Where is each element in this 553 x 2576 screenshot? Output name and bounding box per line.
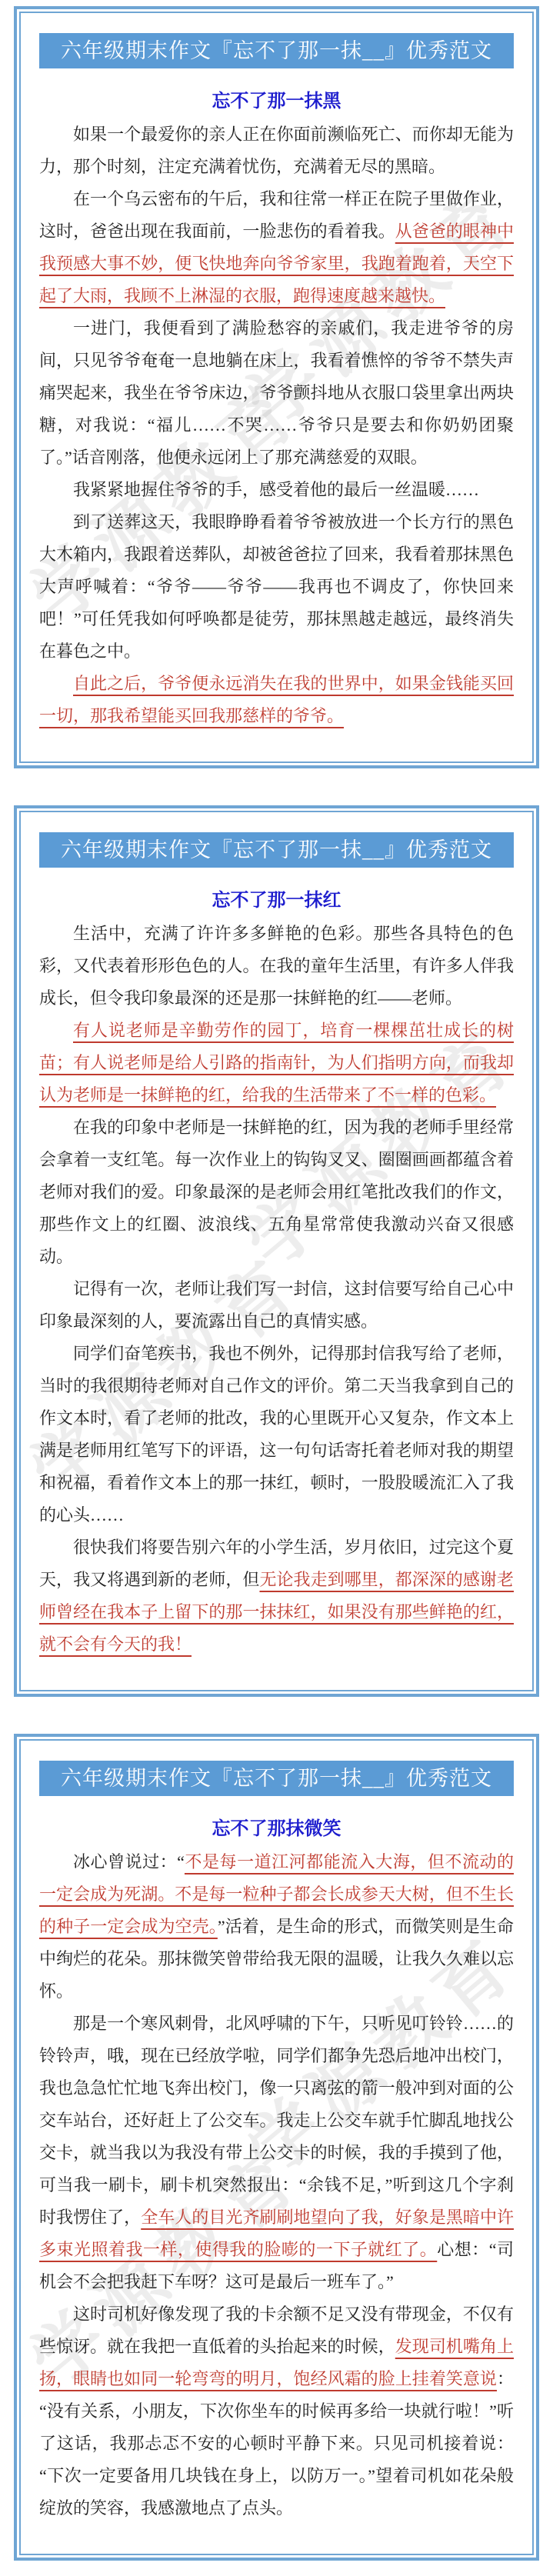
essay-page: 学源教育 学源教育 六年级期末作文『忘不了那一抹__』优秀范文 忘不了那一抹黑 … bbox=[0, 0, 553, 2576]
body-text: 记得有一次，老师让我们写一封信，这封信要写给自己心中印象最深刻的人，要流露出自己… bbox=[39, 1279, 514, 1331]
body-text: 那是一个寒风刺骨，北风呼啸的下午，只听见叮铃铃……的铃铃声，哦，现在已经放学啦，… bbox=[39, 2014, 514, 2227]
essay-paragraph: 很快我们将要告别六年的小学生活，岁月依旧，过完这个夏天，我又将遇到新的老师，但无… bbox=[39, 1531, 514, 1661]
essay-paragraph: 有人说老师是辛勤劳作的园丁，培育一棵棵茁壮成长的树苗；有人说老师是给人引路的指南… bbox=[39, 1015, 514, 1111]
essay-body: 冰心曾说过：“不是每一道江河都能流入大海，但不流动的一定会成为死湖。不是每一粒种… bbox=[39, 1846, 514, 2524]
essay-body: 如果一个最爱你的亲人正在你面前濒临死亡、而你却无能为力，那个时刻，注定充满着忧伤… bbox=[39, 118, 514, 732]
body-text: 在我的印象中老师是一抹鲜艳的红，因为我的老师手里经常会拿着一支红笔。每一次作业上… bbox=[39, 1118, 514, 1266]
body-text: 我紧紧地握住爷爷的手，感受着他的最后一丝温暖…… bbox=[73, 480, 479, 499]
cards: 学源教育 学源教育 六年级期末作文『忘不了那一抹__』优秀范文 忘不了那一抹黑 … bbox=[0, 6, 553, 2561]
card-header: 六年级期末作文『忘不了那一抹__』优秀范文 bbox=[39, 33, 514, 68]
essay-paragraph: 冰心曾说过：“不是每一道江河都能流入大海，但不流动的一定会成为死湖。不是每一粒种… bbox=[39, 1846, 514, 2008]
highlighted-red-text: 有人说老师是辛勤劳作的园丁，培育一棵棵茁壮成长的树苗；有人说老师是给人引路的指南… bbox=[39, 1021, 514, 1105]
essay-paragraph: 生活中，充满了许许多多鲜艳的色彩。那些各具特色的色彩，又代表着形形色色的人。在我… bbox=[39, 918, 514, 1015]
essay-paragraph: 自此之后，爷爷便永远消失在我的世界中，如果金钱能买回一切，那我希望能买回我那慈样… bbox=[39, 668, 514, 732]
essay-paragraph: 如果一个最爱你的亲人正在你面前濒临死亡、而你却无能为力，那个时刻，注定充满着忧伤… bbox=[39, 118, 514, 183]
highlighted-red-text: 自此之后，爷爷便永远消失在我的世界中，如果金钱能买回一切，那我希望能买回我那慈样… bbox=[39, 674, 514, 725]
essay-paragraph: 我紧紧地握住爷爷的手，感受着他的最后一丝温暖…… bbox=[39, 474, 514, 506]
essay-card: 学源教育 学源教育 六年级期末作文『忘不了那一抹__』优秀范文 忘不了那抹微笑 … bbox=[14, 1734, 539, 2561]
body-text: 同学们奋笔疾书，我也不例外，记得那封信我写给了老师，当时的我很期待老师对自己作文… bbox=[39, 1344, 514, 1525]
essay-title: 忘不了那抹微笑 bbox=[39, 1813, 514, 1840]
essay-card: 学源教育 学源教育 六年级期末作文『忘不了那一抹__』优秀范文 忘不了那一抹黑 … bbox=[14, 6, 539, 768]
body-text: 冰心曾说过：“ bbox=[73, 1852, 185, 1871]
essay-title: 忘不了那一抹黑 bbox=[39, 85, 514, 112]
essay-paragraph: 同学们奋笔疾书，我也不例外，记得那封信我写给了老师，当时的我很期待老师对自己作文… bbox=[39, 1338, 514, 1531]
essay-paragraph: 在一个乌云密布的午后，我和往常一样正在院子里做作业，这时，爸爸出现在我面前，一脸… bbox=[39, 183, 514, 312]
body-text: 到了送葬这天，我眼睁睁看着爷爷被放进一个长方行的黑色大木箱内，我跟着送葬队，却被… bbox=[39, 512, 514, 661]
essay-body: 生活中，充满了许许多多鲜艳的色彩。那些各具特色的色彩，又代表着形形色色的人。在我… bbox=[39, 918, 514, 1661]
body-text: ：“没有关系，小朋友，下次你坐车的时候再多给一块就行啦！”听了这话，我那忐忑不安… bbox=[39, 2369, 514, 2518]
essay-paragraph: 到了送葬这天，我眼睁睁看着爷爷被放进一个长方行的黑色大木箱内，我跟着送葬队，却被… bbox=[39, 506, 514, 668]
body-text: 生活中，充满了许许多多鲜艳的色彩。那些各具特色的色彩，又代表着形形色色的人。在我… bbox=[39, 924, 514, 1008]
card-header: 六年级期末作文『忘不了那一抹__』优秀范文 bbox=[39, 832, 514, 868]
essay-title: 忘不了那一抹红 bbox=[39, 885, 514, 911]
essay-card-inner: 学源教育 学源教育 六年级期末作文『忘不了那一抹__』优秀范文 忘不了那抹微笑 … bbox=[19, 1739, 534, 2555]
essay-paragraph: 这时司机好像发现了我的卡余额不足又没有带现金，不仅有些惊讶。就在我把一直低着的头… bbox=[39, 2298, 514, 2524]
essay-card-inner: 学源教育 学源教育 六年级期末作文『忘不了那一抹__』优秀范文 忘不了那一抹黑 … bbox=[19, 12, 534, 763]
essay-card: 学源教育 学源教育 六年级期末作文『忘不了那一抹__』优秀范文 忘不了那一抹红 … bbox=[14, 805, 539, 1697]
essay-paragraph: 那是一个寒风刺骨，北风呼啸的下午，只听见叮铃铃……的铃铃声，哦，现在已经放学啦，… bbox=[39, 2008, 514, 2298]
essay-paragraph: 在我的印象中老师是一抹鲜艳的红，因为我的老师手里经常会拿着一支红笔。每一次作业上… bbox=[39, 1111, 514, 1273]
body-text: 如果一个最爱你的亲人正在你面前濒临死亡、而你却无能为力，那个时刻，注定充满着忧伤… bbox=[39, 125, 514, 176]
card-header: 六年级期末作文『忘不了那一抹__』优秀范文 bbox=[39, 1761, 514, 1796]
essay-paragraph: 一进门，我便看到了满脸愁容的亲戚们，我走进爷爷的房间，只见爷爷奄奄一息地躺在床上… bbox=[39, 312, 514, 474]
essay-paragraph: 记得有一次，老师让我们写一封信，这封信要写给自己心中印象最深刻的人，要流露出自己… bbox=[39, 1273, 514, 1338]
essay-card-inner: 学源教育 学源教育 六年级期末作文『忘不了那一抹__』优秀范文 忘不了那一抹红 … bbox=[19, 811, 534, 1691]
body-text: 一进门，我便看到了满脸愁容的亲戚们，我走进爷爷的房间，只见爷爷奄奄一息地躺在床上… bbox=[39, 318, 514, 467]
